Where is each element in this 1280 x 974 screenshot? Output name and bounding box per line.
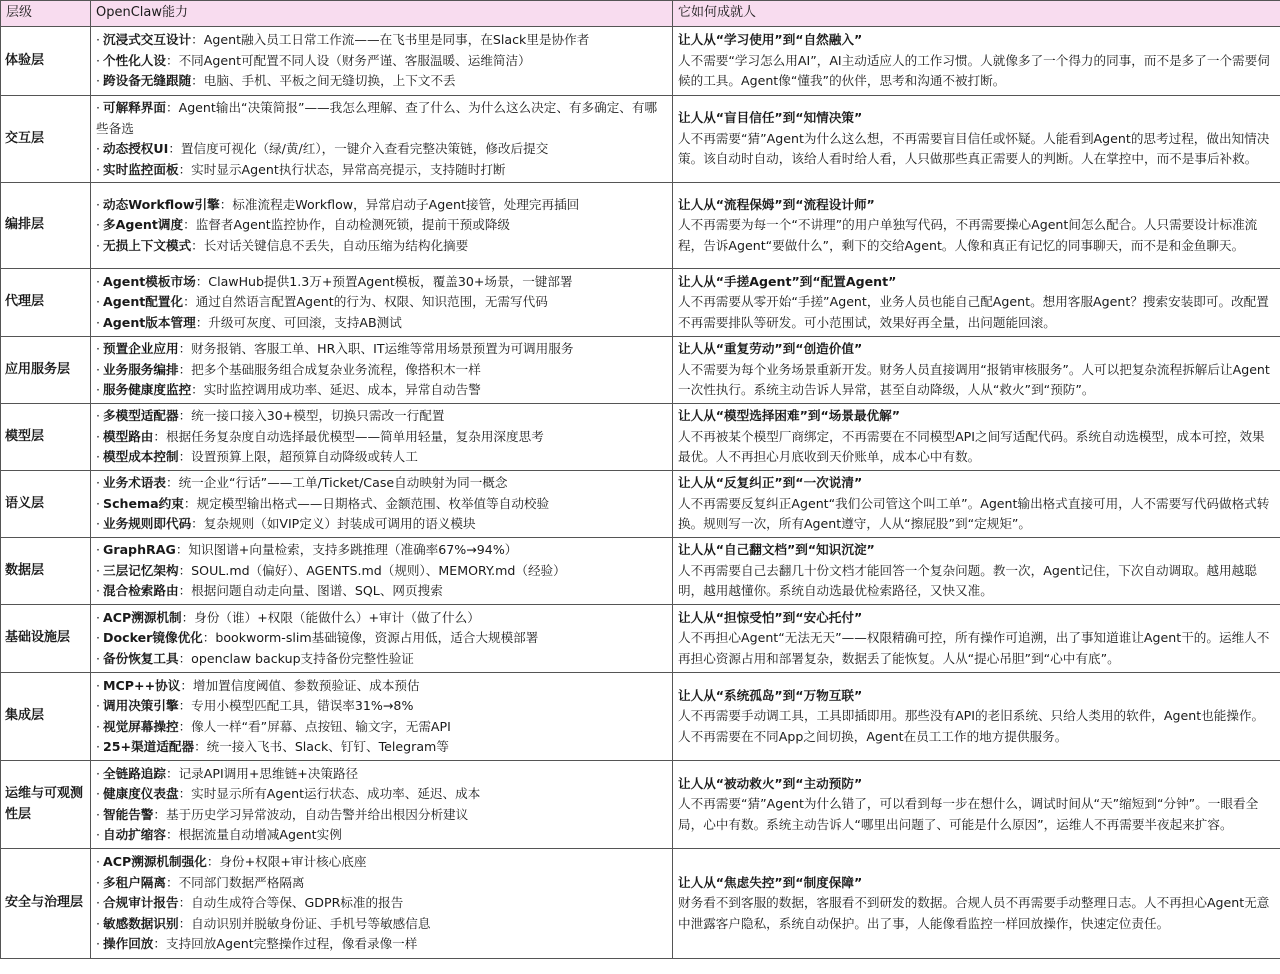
layer-name: 模型层 bbox=[1, 404, 91, 471]
bullet-icon: · bbox=[96, 362, 100, 377]
capability-cell: ·MCP++协议：增加置信度阈值、参数预验证、成本预估·调用决策引擎：专用小模型… bbox=[91, 673, 673, 761]
capability-desc: ：规定模型输出格式——日期格式、金额范围、枚举值等自动校验 bbox=[184, 496, 549, 511]
capability-name: Schema约束 bbox=[103, 496, 184, 511]
capability-item: ·操作回放：支持回放Agent完整操作过程，像看录像一样 bbox=[96, 934, 667, 955]
capability-name: 跨设备无缝跟随 bbox=[103, 73, 191, 88]
bullet-icon: · bbox=[96, 875, 100, 890]
bullet-icon: · bbox=[96, 408, 100, 423]
capability-item: ·混合检索路由：根据问题自动走向量、图谱、SQL、网页搜索 bbox=[96, 581, 667, 602]
impact-title: 让人从“重复劳动”到“创造价值” bbox=[678, 339, 1275, 360]
table-row: 安全与治理层·ACP溯源机制强化：身份+权限+审计核心底座·多租户隔离：不同部门… bbox=[1, 849, 1280, 959]
capability-desc: ：知识图谱+向量检索，支持多跳推理（准确率67%→94%） bbox=[176, 542, 518, 557]
capability-desc: ：置信度可视化（绿/黄/红），一键介入查看完整决策链，修改后提交 bbox=[168, 141, 548, 156]
bullet-icon: · bbox=[96, 315, 100, 330]
bullet-icon: · bbox=[96, 32, 100, 47]
table-row: 交互层·可解释界面：Agent输出“决策简报”——我怎么理解、查了什么、为什么这… bbox=[1, 96, 1280, 183]
layer-name: 体验层 bbox=[1, 27, 91, 96]
impact-body: 人不再需要自己去翻几十份文档才能回答一个复杂问题。教一次，Agent记住，下次自… bbox=[678, 561, 1275, 602]
bullet-icon: · bbox=[96, 542, 100, 557]
capability-cell: ·ACP溯源机制：身份（谁）+权限（能做什么）+审计（做了什么）·Docker镜… bbox=[91, 605, 673, 673]
capability-desc: ：财务报销、客服工单、HR入职、IT运维等常用场景预置为可调用服务 bbox=[179, 341, 574, 356]
bullet-icon: · bbox=[96, 936, 100, 951]
impact-cell: 让人从“焦虑失控”到“制度保障”财务看不到客服的数据，客服看不到研发的数据。合规… bbox=[673, 849, 1280, 959]
impact-cell: 让人从“反复纠正”到“一次说清”人不再需要反复纠正Agent“我们公司管这个叫工… bbox=[673, 471, 1280, 538]
capability-name: 三层记忆架构 bbox=[103, 563, 179, 578]
capability-name: 沉浸式交互设计 bbox=[103, 32, 191, 47]
impact-body: 人不需要为每个业务场景重新开发。财务人员直接调用“报销审核服务”。人可以把复杂流… bbox=[678, 360, 1275, 401]
impact-title: 让人从“被动救火”到“主动预防” bbox=[678, 774, 1275, 795]
impact-cell: 让人从“手搓Agent”到“配置Agent”人不再需要从零开始“手搓”Agent… bbox=[673, 269, 1280, 337]
impact-body: 人不再需要反复纠正Agent“我们公司管这个叫工单”。Agent输出格式直接可用… bbox=[678, 494, 1275, 535]
capability-name: 健康度仪表盘 bbox=[103, 786, 179, 801]
capability-desc: ：身份（谁）+权限（能做什么）+审计（做了什么） bbox=[182, 610, 480, 625]
capability-desc: ：bookworm-slim基础镜像，资源占用低，适合大规模部署 bbox=[203, 630, 539, 645]
capability-item: ·自动扩缩容：根据流量自动增减Agent实例 bbox=[96, 825, 667, 846]
capability-desc: ：基于历史学习异常波动，自动告警并给出根因分析建议 bbox=[153, 807, 468, 822]
capability-item: ·多租户隔离：不同部门数据严格隔离 bbox=[96, 873, 667, 894]
bullet-icon: · bbox=[96, 429, 100, 444]
capability-desc: ：自动识别并脱敏身份证、手机号等敏感信息 bbox=[179, 916, 431, 931]
impact-title: 让人从“流程保姆”到“流程设计师” bbox=[678, 195, 1275, 216]
bullet-icon: · bbox=[96, 382, 100, 397]
bullet-icon: · bbox=[96, 516, 100, 531]
capability-name: 动态授权UI bbox=[103, 141, 168, 156]
layer-name: 应用服务层 bbox=[1, 337, 91, 404]
capability-desc: ：统一企业“行话”——工单/Ticket/Case自动映射为同一概念 bbox=[166, 475, 508, 490]
layer-name: 基础设施层 bbox=[1, 605, 91, 673]
bullet-icon: · bbox=[96, 162, 100, 177]
impact-body: 人不再需要为每一个“不讲理”的用户单独写代码，不再需要操心Agent间怎么配合。… bbox=[678, 215, 1275, 256]
capability-desc: ：自动生成符合等保、GDPR标准的报告 bbox=[179, 895, 404, 910]
capability-name: 预置企业应用 bbox=[103, 341, 179, 356]
capability-item: ·敏感数据识别：自动识别并脱敏身份证、手机号等敏感信息 bbox=[96, 914, 667, 935]
layer-name: 安全与治理层 bbox=[1, 849, 91, 959]
impact-cell: 让人从“盲目信任”到“知情决策”人不再需要“猜”Agent为什么这么想，不再需要… bbox=[673, 96, 1280, 183]
capability-name: 个性化人设 bbox=[103, 53, 166, 68]
capability-name: Agent配置化 bbox=[103, 294, 183, 309]
capability-desc: ：统一接口接入30+模型，切换只需改一行配置 bbox=[179, 408, 445, 423]
table-body: 体验层·沉浸式交互设计：Agent融入员工日常工作流——在飞书里是同事，在Sla… bbox=[1, 27, 1280, 959]
impact-title: 让人从“担惊受怕”到“安心托付” bbox=[678, 608, 1275, 629]
capability-item: ·业务规则即代码：复杂规则（如VIP定义）封装成可调用的语义模块 bbox=[96, 514, 667, 535]
capability-item: ·预置企业应用：财务报销、客服工单、HR入职、IT运维等常用场景预置为可调用服务 bbox=[96, 339, 667, 360]
impact-cell: 让人从“模型选择困难”到“场景最优解”人不再被某个模型厂商绑定，不再需要在不同模… bbox=[673, 404, 1280, 471]
capability-item: ·Schema约束：规定模型输出格式——日期格式、金额范围、枚举值等自动校验 bbox=[96, 494, 667, 515]
capability-name: 可解释界面 bbox=[103, 100, 166, 115]
bullet-icon: · bbox=[96, 916, 100, 931]
capability-desc: ：增加置信度阈值、参数预验证、成本预估 bbox=[180, 678, 419, 693]
bullet-icon: · bbox=[96, 73, 100, 88]
bullet-icon: · bbox=[96, 678, 100, 693]
capability-desc: ：根据流量自动增减Agent实例 bbox=[166, 827, 342, 842]
capability-item: ·实时监控面板：实时显示Agent执行状态，异常高亮提示，支持随时打断 bbox=[96, 160, 667, 181]
capability-item: ·沉浸式交互设计：Agent融入员工日常工作流——在飞书里是同事，在Slack里… bbox=[96, 30, 667, 51]
capability-name: 多Agent调度 bbox=[103, 217, 183, 232]
impact-title: 让人从“自己翻文档”到“知识沉淀” bbox=[678, 540, 1275, 561]
capability-desc: ：支持回放Agent完整操作过程，像看录像一样 bbox=[153, 936, 417, 951]
bullet-icon: · bbox=[96, 238, 100, 253]
impact-title: 让人从“反复纠正”到“一次说清” bbox=[678, 473, 1275, 494]
table-row: 应用服务层·预置企业应用：财务报销、客服工单、HR入职、IT运维等常用场景预置为… bbox=[1, 337, 1280, 404]
table-row: 数据层·GraphRAG：知识图谱+向量检索，支持多跳推理（准确率67%→94%… bbox=[1, 538, 1280, 605]
capability-item: ·GraphRAG：知识图谱+向量检索，支持多跳推理（准确率67%→94%） bbox=[96, 540, 667, 561]
capability-item: ·Agent模板市场：ClawHub提供1.3万+预置Agent模板，覆盖30+… bbox=[96, 272, 667, 293]
capability-name: 服务健康度监控 bbox=[103, 382, 191, 397]
capability-item: ·Agent配置化：通过自然语言配置Agent的行为、权限、知识范围，无需写代码 bbox=[96, 292, 667, 313]
bullet-icon: · bbox=[96, 854, 100, 869]
capability-name: 操作回放 bbox=[103, 936, 153, 951]
capability-desc: ：实时监控调用成功率、延迟、成本，异常自动告警 bbox=[191, 382, 481, 397]
capability-desc: ：实时显示Agent执行状态，异常高亮提示，支持随时打断 bbox=[179, 162, 506, 177]
bullet-icon: · bbox=[96, 719, 100, 734]
impact-title: 让人从“盲目信任”到“知情决策” bbox=[678, 108, 1275, 129]
capability-desc: ：监督者Agent监控协作，自动检测死锁，提前干预或降级 bbox=[183, 217, 510, 232]
capability-item: ·MCP++协议：增加置信度阈值、参数预验证、成本预估 bbox=[96, 676, 667, 697]
capability-name: 多租户隔离 bbox=[103, 875, 166, 890]
capability-cell: ·Agent模板市场：ClawHub提供1.3万+预置Agent模板，覆盖30+… bbox=[91, 269, 673, 337]
capability-name: 模型路由 bbox=[103, 429, 153, 444]
capability-cell: ·ACP溯源机制强化：身份+权限+审计核心底座·多租户隔离：不同部门数据严格隔离… bbox=[91, 849, 673, 959]
capability-desc: ：统一接入飞书、Slack、钉钉、Telegram等 bbox=[194, 739, 449, 754]
capability-desc: ：电脑、手机、平板之间无缝切换，上下文不丢 bbox=[191, 73, 455, 88]
capability-desc: ：设置预算上限，超预算自动降级或转人工 bbox=[179, 449, 418, 464]
bullet-icon: · bbox=[96, 610, 100, 625]
capability-item: ·业务服务编排：把多个基础服务组合成复杂业务流程，像搭积木一样 bbox=[96, 360, 667, 381]
capability-cell: ·业务术语表：统一企业“行话”——工单/Ticket/Case自动映射为同一概念… bbox=[91, 471, 673, 538]
bullet-icon: · bbox=[96, 583, 100, 598]
capability-name: 智能告警 bbox=[103, 807, 153, 822]
capability-desc: ：SOUL.md（偏好）、AGENTS.md（规则）、MEMORY.md（经验） bbox=[179, 563, 566, 578]
layer-name: 集成层 bbox=[1, 673, 91, 761]
bullet-icon: · bbox=[96, 827, 100, 842]
bullet-icon: · bbox=[96, 100, 100, 115]
capability-name: 业务术语表 bbox=[103, 475, 166, 490]
impact-cell: 让人从“流程保姆”到“流程设计师”人不再需要为每一个“不讲理”的用户单独写代码，… bbox=[673, 183, 1280, 269]
impact-cell: 让人从“自己翻文档”到“知识沉淀”人不再需要自己去翻几十份文档才能回答一个复杂问… bbox=[673, 538, 1280, 605]
table-row: 集成层·MCP++协议：增加置信度阈值、参数预验证、成本预估·调用决策引擎：专用… bbox=[1, 673, 1280, 761]
capability-desc: ：不同部门数据严格隔离 bbox=[166, 875, 305, 890]
capability-cell: ·可解释界面：Agent输出“决策简报”——我怎么理解、查了什么、为什么这么决定… bbox=[91, 96, 673, 183]
impact-cell: 让人从“担惊受怕”到“安心托付”人不再担心Agent“无法无天”——权限精确可控… bbox=[673, 605, 1280, 673]
layer-name: 交互层 bbox=[1, 96, 91, 183]
bullet-icon: · bbox=[96, 630, 100, 645]
bullet-icon: · bbox=[96, 563, 100, 578]
bullet-icon: · bbox=[96, 651, 100, 666]
openclaw-layer-table: 层级 OpenClaw能力 它如何成就人 体验层·沉浸式交互设计：Agent融入… bbox=[0, 0, 1280, 959]
bullet-icon: · bbox=[96, 217, 100, 232]
impact-cell: 让人从“重复劳动”到“创造价值”人不需要为每个业务场景重新开发。财务人员直接调用… bbox=[673, 337, 1280, 404]
capability-item: ·25+渠道适配器：统一接入飞书、Slack、钉钉、Telegram等 bbox=[96, 737, 667, 758]
capability-item: ·动态Workflow引擎：标准流程走Workflow，异常启动子Agent接管… bbox=[96, 195, 667, 216]
bullet-icon: · bbox=[96, 786, 100, 801]
capability-name: Agent版本管理 bbox=[103, 315, 196, 330]
capability-item: ·模型成本控制：设置预算上限，超预算自动降级或转人工 bbox=[96, 447, 667, 468]
header-layer: 层级 bbox=[1, 1, 91, 27]
capability-item: ·多模型适配器：统一接口接入30+模型，切换只需改一行配置 bbox=[96, 406, 667, 427]
capability-name: 多模型适配器 bbox=[103, 408, 179, 423]
capability-item: ·业务术语表：统一企业“行话”——工单/Ticket/Case自动映射为同一概念 bbox=[96, 473, 667, 494]
impact-title: 让人从“焦虑失控”到“制度保障” bbox=[678, 873, 1275, 894]
capability-name: 实时监控面板 bbox=[103, 162, 179, 177]
capability-desc: ：身份+权限+审计核心底座 bbox=[207, 854, 367, 869]
header-impact: 它如何成就人 bbox=[673, 1, 1280, 27]
capability-item: ·全链路追踪：记录API调用+思维链+决策路径 bbox=[96, 764, 667, 785]
capability-item: ·Agent版本管理：升级可灰度、可回滚，支持AB测试 bbox=[96, 313, 667, 334]
capability-cell: ·沉浸式交互设计：Agent融入员工日常工作流——在飞书里是同事，在Slack里… bbox=[91, 27, 673, 96]
capability-item: ·合规审计报告：自动生成符合等保、GDPR标准的报告 bbox=[96, 893, 667, 914]
capability-name: 合规审计报告 bbox=[103, 895, 179, 910]
layer-name: 语义层 bbox=[1, 471, 91, 538]
capability-item: ·可解释界面：Agent输出“决策简报”——我怎么理解、查了什么、为什么这么决定… bbox=[96, 98, 667, 139]
layer-name: 编排层 bbox=[1, 183, 91, 269]
bullet-icon: · bbox=[96, 807, 100, 822]
capability-cell: ·动态Workflow引擎：标准流程走Workflow，异常启动子Agent接管… bbox=[91, 183, 673, 269]
capability-desc: ：通过自然语言配置Agent的行为、权限、知识范围，无需写代码 bbox=[183, 294, 548, 309]
table-row: 编排层·动态Workflow引擎：标准流程走Workflow，异常启动子Agen… bbox=[1, 183, 1280, 269]
layer-name: 数据层 bbox=[1, 538, 91, 605]
capability-desc: ：专用小模型匹配工具，错误率31%→8% bbox=[179, 698, 414, 713]
impact-title: 让人从“学习使用”到“自然融入” bbox=[678, 30, 1275, 51]
bullet-icon: · bbox=[96, 739, 100, 754]
capability-desc: ：把多个基础服务组合成复杂业务流程，像搭积木一样 bbox=[179, 362, 481, 377]
capability-desc: ：openclaw backup支持备份完整性验证 bbox=[179, 651, 414, 666]
bullet-icon: · bbox=[96, 766, 100, 781]
impact-cell: 让人从“学习使用”到“自然融入”人不需要“学习怎么用AI”，AI主动适应人的工作… bbox=[673, 27, 1280, 96]
bullet-icon: · bbox=[96, 294, 100, 309]
capability-name: 无损上下文模式 bbox=[103, 238, 191, 253]
bullet-icon: · bbox=[96, 475, 100, 490]
capability-item: ·健康度仪表盘：实时显示所有Agent运行状态、成功率、延迟、成本 bbox=[96, 784, 667, 805]
impact-body: 人不再需要手动调工具，工具即插即用。那些没有API的老旧系统、只给人类用的软件，… bbox=[678, 706, 1275, 747]
impact-title: 让人从“手搓Agent”到“配置Agent” bbox=[678, 272, 1275, 293]
capability-name: Docker镜像优化 bbox=[103, 630, 203, 645]
capability-desc: ：升级可灰度、可回滚，支持AB测试 bbox=[196, 315, 402, 330]
impact-body: 人不再担心Agent“无法无天”——权限精确可控，所有操作可追溯，出了事知道谁让… bbox=[678, 628, 1275, 669]
capability-desc: ：根据任务复杂度自动选择最优模型——简单用轻量，复杂用深度思考 bbox=[153, 429, 543, 444]
bullet-icon: · bbox=[96, 449, 100, 464]
capability-item: ·调用决策引擎：专用小模型匹配工具，错误率31%→8% bbox=[96, 696, 667, 717]
bullet-icon: · bbox=[96, 895, 100, 910]
capability-name: 业务规则即代码 bbox=[103, 516, 191, 531]
capability-item: ·备份恢复工具：openclaw backup支持备份完整性验证 bbox=[96, 649, 667, 670]
capability-item: ·ACP溯源机制：身份（谁）+权限（能做什么）+审计（做了什么） bbox=[96, 608, 667, 629]
bullet-icon: · bbox=[96, 698, 100, 713]
capability-name: 25+渠道适配器 bbox=[103, 739, 194, 754]
bullet-icon: · bbox=[96, 341, 100, 356]
capability-item: ·模型路由：根据任务复杂度自动选择最优模型——简单用轻量，复杂用深度思考 bbox=[96, 427, 667, 448]
capability-cell: ·预置企业应用：财务报销、客服工单、HR入职、IT运维等常用场景预置为可调用服务… bbox=[91, 337, 673, 404]
table-row: 基础设施层·ACP溯源机制：身份（谁）+权限（能做什么）+审计（做了什么）·Do… bbox=[1, 605, 1280, 673]
capability-name: 动态Workflow引擎 bbox=[103, 197, 220, 212]
capability-name: 视觉屏幕操控 bbox=[103, 719, 179, 734]
capability-cell: ·GraphRAG：知识图谱+向量检索，支持多跳推理（准确率67%→94%）·三… bbox=[91, 538, 673, 605]
bullet-icon: · bbox=[96, 274, 100, 289]
table-row: 运维与可观测性层·全链路追踪：记录API调用+思维链+决策路径·健康度仪表盘：实… bbox=[1, 761, 1280, 849]
capability-desc: ：记录API调用+思维链+决策路径 bbox=[166, 766, 358, 781]
impact-cell: 让人从“被动救火”到“主动预防”人不再需要“猜”Agent为什么错了，可以看到每… bbox=[673, 761, 1280, 849]
capability-item: ·服务健康度监控：实时监控调用成功率、延迟、成本，异常自动告警 bbox=[96, 380, 667, 401]
capability-item: ·三层记忆架构：SOUL.md（偏好）、AGENTS.md（规则）、MEMORY… bbox=[96, 561, 667, 582]
capability-cell: ·全链路追踪：记录API调用+思维链+决策路径·健康度仪表盘：实时显示所有Age… bbox=[91, 761, 673, 849]
capability-desc: ：像人一样“看”屏幕、点按钮、输文字，无需API bbox=[179, 719, 451, 734]
impact-body: 人不再需要从零开始“手搓”Agent，业务人员也能自己配Agent。想用客服Ag… bbox=[678, 292, 1275, 333]
capability-desc: ：不同Agent可配置不同人设（财务严谨、客服温暖、运维简洁） bbox=[166, 53, 531, 68]
table-row: 语义层·业务术语表：统一企业“行话”——工单/Ticket/Case自动映射为同… bbox=[1, 471, 1280, 538]
table-row: 代理层·Agent模板市场：ClawHub提供1.3万+预置Agent模板，覆盖… bbox=[1, 269, 1280, 337]
impact-title: 让人从“系统孤岛”到“万物互联” bbox=[678, 686, 1275, 707]
header-capability: OpenClaw能力 bbox=[91, 1, 673, 27]
capability-name: Agent模板市场 bbox=[103, 274, 196, 289]
impact-body: 财务看不到客服的数据，客服看不到研发的数据。合规人员不再需要手动整理日志。人不再… bbox=[678, 893, 1275, 934]
capability-name: ACP溯源机制强化 bbox=[103, 854, 207, 869]
capability-name: 备份恢复工具 bbox=[103, 651, 179, 666]
bullet-icon: · bbox=[96, 141, 100, 156]
capability-item: ·个性化人设：不同Agent可配置不同人设（财务严谨、客服温暖、运维简洁） bbox=[96, 51, 667, 72]
capability-name: MCP++协议 bbox=[103, 678, 180, 693]
capability-item: ·跨设备无缝跟随：电脑、手机、平板之间无缝切换，上下文不丢 bbox=[96, 71, 667, 92]
bullet-icon: · bbox=[96, 496, 100, 511]
impact-title: 让人从“模型选择困难”到“场景最优解” bbox=[678, 406, 1275, 427]
capability-desc: ：标准流程走Workflow，异常启动子Agent接管，处理完再插回 bbox=[220, 197, 580, 212]
capability-name: 全链路追踪 bbox=[103, 766, 166, 781]
capability-item: ·Docker镜像优化：bookworm-slim基础镜像，资源占用低，适合大规… bbox=[96, 628, 667, 649]
capability-desc: ：ClawHub提供1.3万+预置Agent模板，覆盖30+场景，一键部署 bbox=[196, 274, 573, 289]
capability-name: 模型成本控制 bbox=[103, 449, 179, 464]
impact-body: 人不再被某个模型厂商绑定，不再需要在不同模型API之间写适配代码。系统自动选模型… bbox=[678, 427, 1275, 468]
capability-name: GraphRAG bbox=[103, 542, 176, 557]
capability-name: 调用决策引擎 bbox=[103, 698, 179, 713]
table-header-row: 层级 OpenClaw能力 它如何成就人 bbox=[1, 1, 1280, 27]
capability-name: 业务服务编排 bbox=[103, 362, 179, 377]
impact-body: 人不再需要“猜”Agent为什么错了，可以看到每一步在想什么，调试时间从“天”缩… bbox=[678, 794, 1275, 835]
layer-name: 代理层 bbox=[1, 269, 91, 337]
capability-name: ACP溯源机制 bbox=[103, 610, 182, 625]
capability-item: ·动态授权UI：置信度可视化（绿/黄/红），一键介入查看完整决策链，修改后提交 bbox=[96, 139, 667, 160]
layer-name: 运维与可观测性层 bbox=[1, 761, 91, 849]
table-row: 体验层·沉浸式交互设计：Agent融入员工日常工作流——在飞书里是同事，在Sla… bbox=[1, 27, 1280, 96]
capability-item: ·视觉屏幕操控：像人一样“看”屏幕、点按钮、输文字，无需API bbox=[96, 717, 667, 738]
capability-desc: ：长对话关键信息不丢失，自动压缩为结构化摘要 bbox=[191, 238, 468, 253]
capability-item: ·无损上下文模式：长对话关键信息不丢失，自动压缩为结构化摘要 bbox=[96, 236, 667, 257]
capability-item: ·多Agent调度：监督者Agent监控协作，自动检测死锁，提前干预或降级 bbox=[96, 215, 667, 236]
capability-item: ·智能告警：基于历史学习异常波动，自动告警并给出根因分析建议 bbox=[96, 805, 667, 826]
impact-cell: 让人从“系统孤岛”到“万物互联”人不再需要手动调工具，工具即插即用。那些没有AP… bbox=[673, 673, 1280, 761]
capability-desc: ：根据问题自动走向量、图谱、SQL、网页搜索 bbox=[179, 583, 443, 598]
bullet-icon: · bbox=[96, 53, 100, 68]
capability-desc: ：Agent输出“决策简报”——我怎么理解、查了什么、为什么这么决定、有多确定、… bbox=[96, 100, 657, 136]
impact-body: 人不再需要“猜”Agent为什么这么想，不再需要盲目信任或怀疑。人能看到Agen… bbox=[678, 129, 1275, 170]
capability-name: 敏感数据识别 bbox=[103, 916, 179, 931]
table-row: 模型层·多模型适配器：统一接口接入30+模型，切换只需改一行配置·模型路由：根据… bbox=[1, 404, 1280, 471]
capability-desc: ：Agent融入员工日常工作流——在飞书里是同事，在Slack里是协作者 bbox=[191, 32, 589, 47]
bullet-icon: · bbox=[96, 197, 100, 212]
capability-name: 自动扩缩容 bbox=[103, 827, 166, 842]
capability-name: 混合检索路由 bbox=[103, 583, 179, 598]
capability-desc: ：复杂规则（如VIP定义）封装成可调用的语义模块 bbox=[191, 516, 475, 531]
impact-body: 人不需要“学习怎么用AI”，AI主动适应人的工作习惯。人就像多了一个得力的同事，… bbox=[678, 51, 1275, 92]
capability-item: ·ACP溯源机制强化：身份+权限+审计核心底座 bbox=[96, 852, 667, 873]
capability-cell: ·多模型适配器：统一接口接入30+模型，切换只需改一行配置·模型路由：根据任务复… bbox=[91, 404, 673, 471]
capability-desc: ：实时显示所有Agent运行状态、成功率、延迟、成本 bbox=[179, 786, 481, 801]
